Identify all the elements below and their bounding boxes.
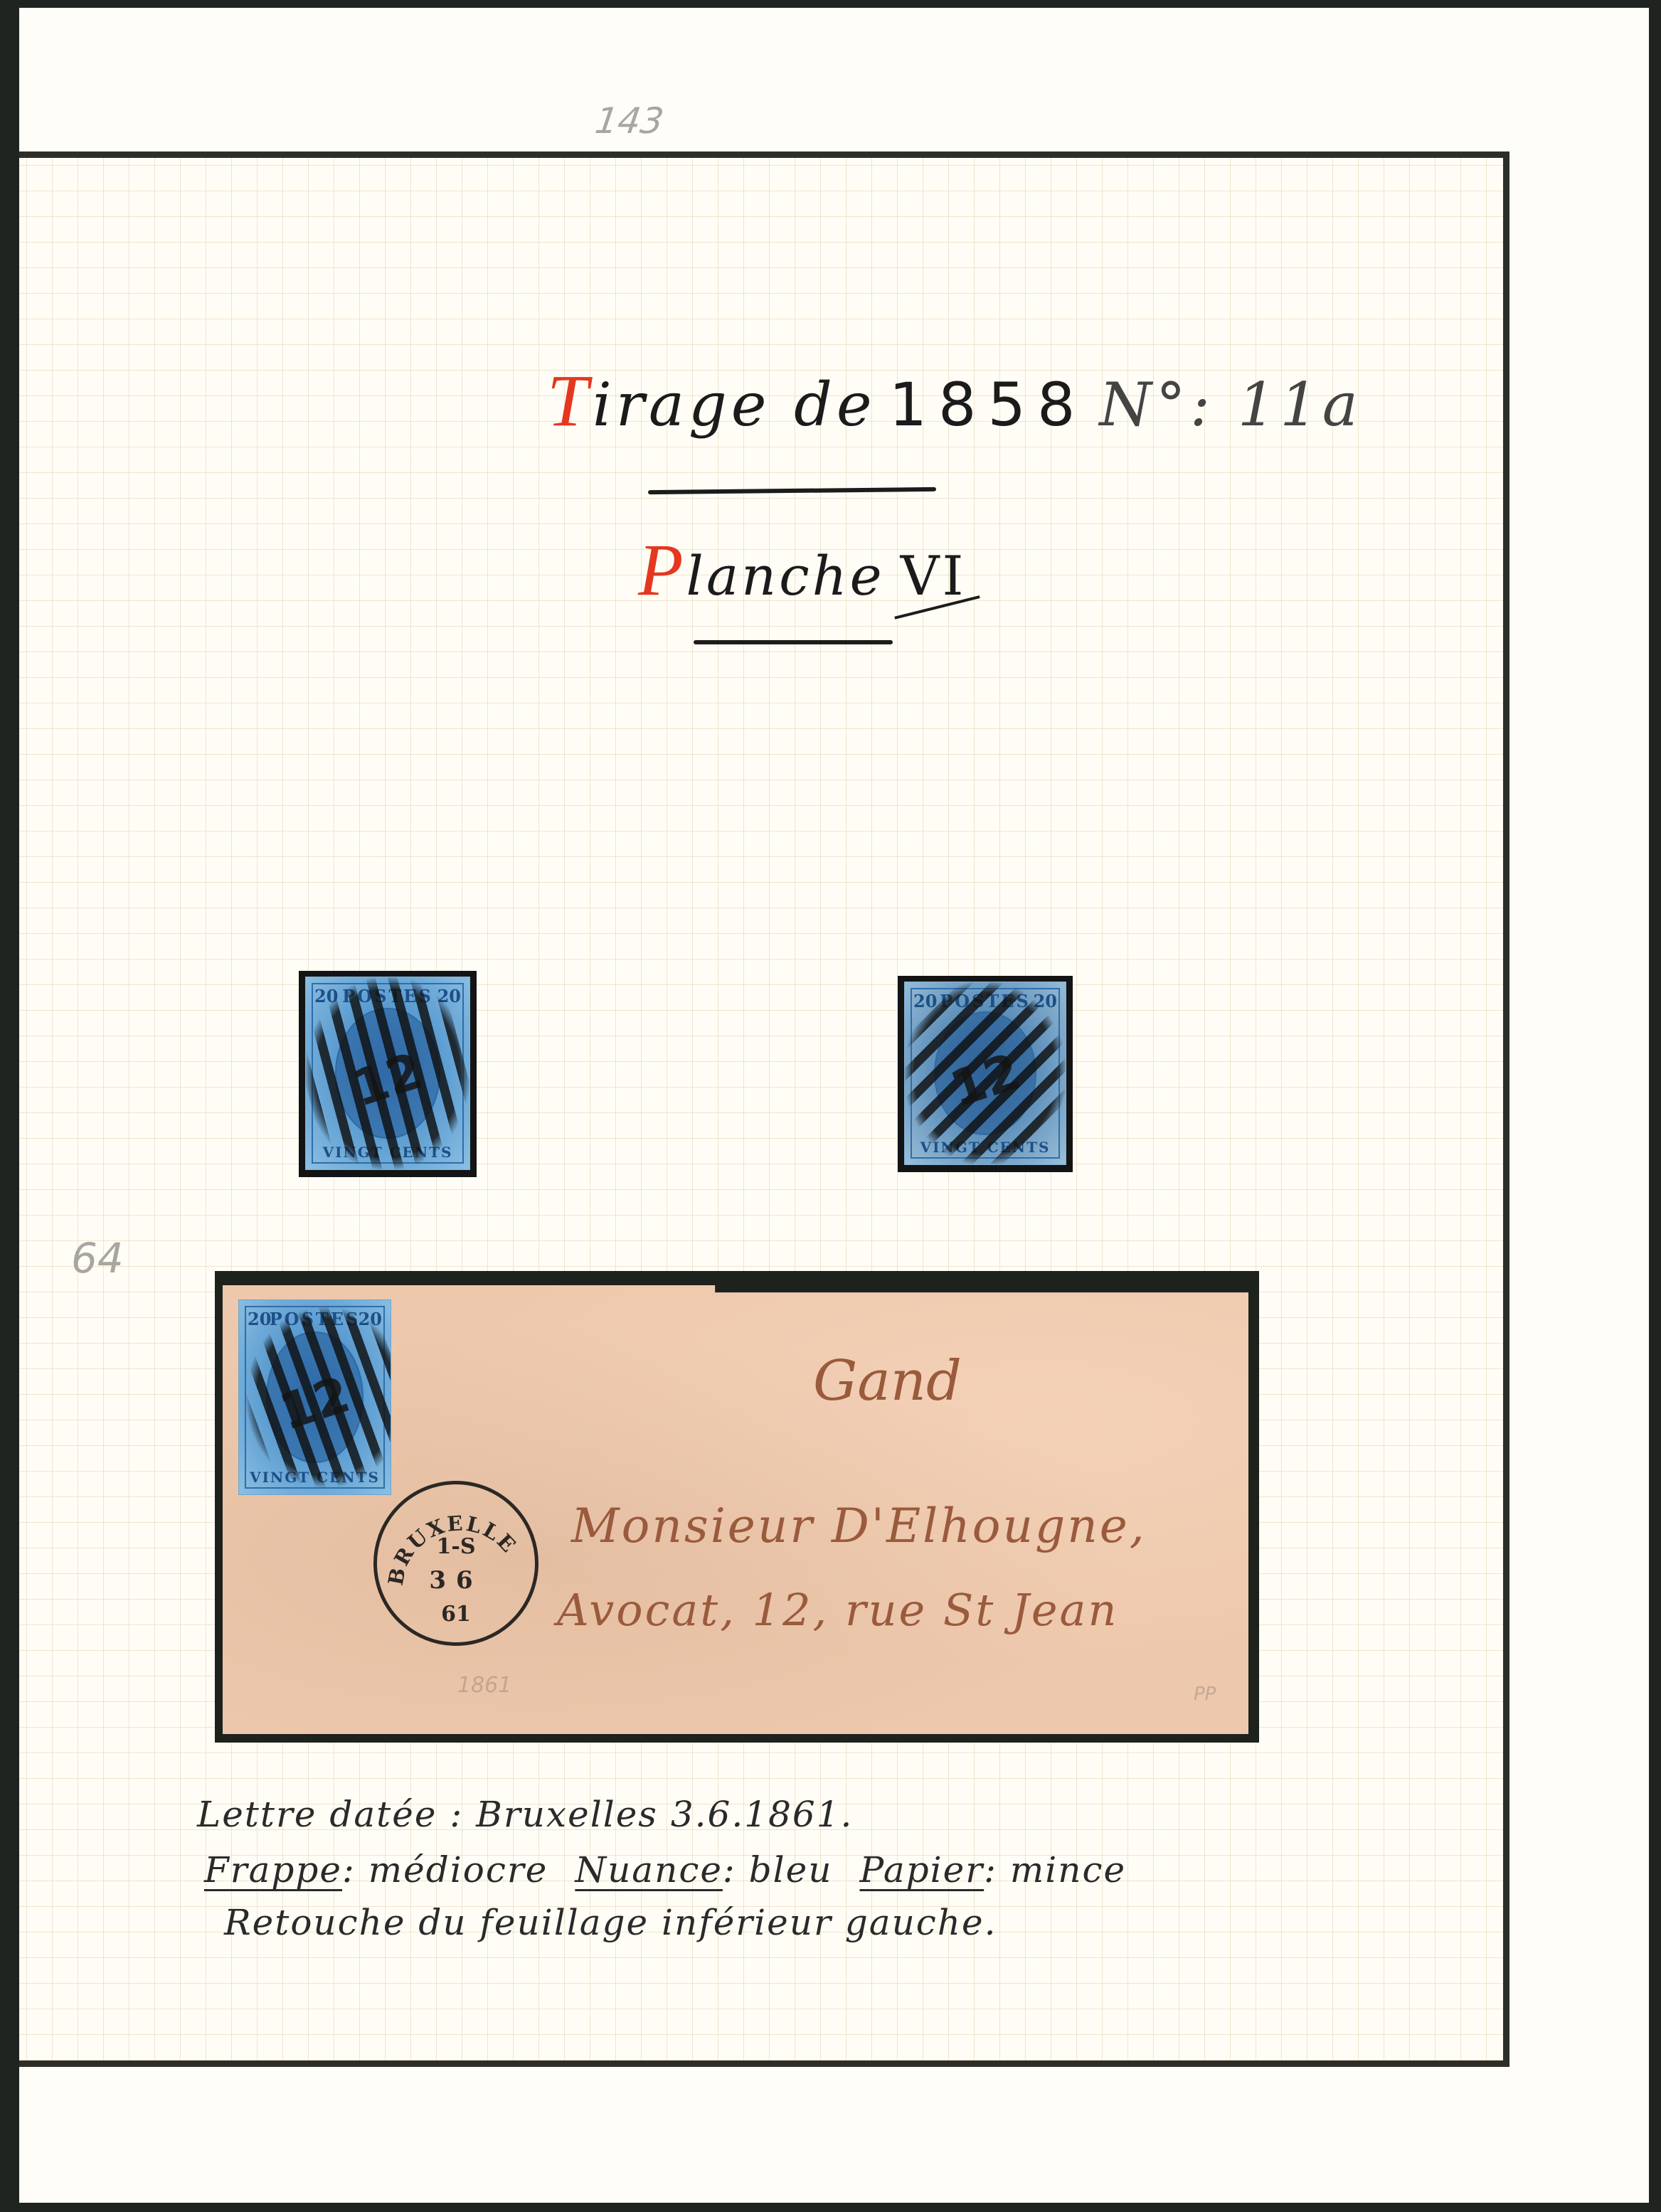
- postmark-year: 61: [377, 1602, 535, 1627]
- note-letter-date: Lettre datée : Bruxelles 3.6.1861.: [197, 1794, 853, 1835]
- bruxelles-postmark: BRUXELLES 1-S 36 61: [373, 1481, 538, 1646]
- postmark-date: 36: [377, 1566, 535, 1595]
- title-text: irage de: [593, 370, 876, 440]
- item-number-pencil: 64: [71, 1234, 124, 1282]
- album-frame: Tirage de1858N°: 11a PlancheVI 20 20 POS…: [19, 151, 1509, 2067]
- plate-number: VI: [901, 544, 967, 607]
- note-attributes: Frappe: médiocreNuance: bleuPapier: minc…: [204, 1849, 1126, 1891]
- title-divider-top: [648, 487, 936, 494]
- note-key-paper: Papier: [859, 1849, 984, 1891]
- plate-title: PlancheVI: [638, 528, 967, 612]
- stamp-right: 20 20 POSTES VINGT CENTS 12: [904, 982, 1066, 1165]
- note-value-shade: : bleu: [723, 1849, 833, 1891]
- page-number-pencil: 143: [593, 100, 667, 142]
- cover-mount: 20 20 POSTES VINGT CENTS 12 BR: [215, 1271, 1259, 1743]
- cover-pencil-year: 1861: [457, 1673, 511, 1698]
- note-value-impression: : médiocre: [342, 1849, 548, 1891]
- title-divider-bottom: [694, 640, 893, 644]
- catalog-number: N°: 11a: [1099, 370, 1362, 440]
- title-year: 1858: [889, 370, 1087, 440]
- plate-text: lanche: [686, 544, 885, 607]
- note-key-impression: Frappe: [204, 1849, 342, 1891]
- stamp-mount-left: 20 20 POSTES VINGT CENTS 12: [299, 971, 477, 1177]
- address-city: Gand: [813, 1349, 962, 1413]
- cover-pencil-initials: PP: [1194, 1684, 1216, 1705]
- title-initial: T: [547, 360, 593, 442]
- cover-stamp-mount: 20 20 POSTES VINGT CENTS 12: [238, 1299, 391, 1495]
- note-retouch: Retouche du feuillage inférieur gauche.: [224, 1902, 997, 1943]
- stamp-mount-right: 20 20 POSTES VINGT CENTS 12: [898, 976, 1073, 1172]
- cover-envelope: 20 20 POSTES VINGT CENTS 12 BR: [223, 1285, 1248, 1734]
- stamp-left: 20 20 POSTES VINGT CENTS 12: [305, 977, 470, 1170]
- album-page: 143 Tirage de1858N°: 11a PlancheVI 20 20…: [19, 8, 1649, 2203]
- plate-initial: P: [638, 529, 686, 611]
- note-key-shade: Nuance: [575, 1849, 723, 1891]
- address-recipient: Monsieur D'Elhougne,: [571, 1499, 1147, 1553]
- postmark-time: 1-S: [377, 1534, 535, 1559]
- note-value-paper: : mince: [984, 1849, 1126, 1891]
- cover-stamp: 20 20 POSTES VINGT CENTS 12: [238, 1299, 391, 1495]
- address-street: Avocat, 12, rue St Jean: [557, 1584, 1118, 1636]
- page-title: Tirage de1858N°: 11a: [547, 358, 1362, 443]
